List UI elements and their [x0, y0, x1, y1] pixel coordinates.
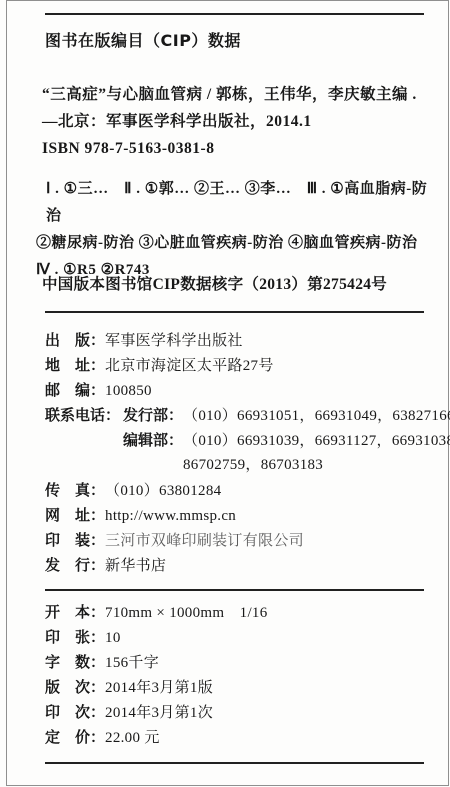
- field-label: 印 次：: [45, 700, 105, 725]
- field-label: 地 址：: [45, 353, 105, 378]
- field-value: 2014年3月第1版: [105, 676, 213, 701]
- field-value: 军事医学科学出版社: [105, 329, 243, 354]
- imprint-line: —北京：军事医学科学出版社，2014.1: [42, 108, 430, 135]
- field-value: 北京市海淀区太平路27号: [105, 354, 274, 379]
- field-value: 10: [105, 626, 121, 651]
- field-label: 传 真：: [45, 478, 105, 503]
- cip-registration-number: 中国版本图书馆CIP数据核字（2013）第275424号: [42, 276, 387, 294]
- divider-bottom: [45, 762, 424, 764]
- phone-row-distribution: 联系电话： 发行部： （010）66931051，66931049，638271…: [45, 403, 434, 428]
- field-value: http://www.mmsp.cn: [105, 504, 236, 529]
- phone-row-continuation: 86702759，86703183: [45, 453, 434, 478]
- field-value: 710mm × 1000mm 1/16: [105, 601, 268, 626]
- field-value: （010）66931051，66931049，63827166: [183, 404, 450, 429]
- publisher-info-block: 出 版： 军事医学科学出版社 地 址： 北京市海淀区太平路27号 邮 编： 10…: [45, 328, 434, 578]
- field-label: 印 装：: [45, 528, 105, 553]
- field-label: 邮 编：: [45, 378, 105, 403]
- field-sublabel: 编辑部：: [123, 428, 183, 453]
- field-label: 字 数：: [45, 650, 105, 675]
- field-label: 发 行：: [45, 553, 105, 578]
- divider-middle-1: [45, 311, 424, 313]
- field-label: 版 次：: [45, 675, 105, 700]
- publisher-row: 出 版： 军事医学科学出版社: [45, 328, 434, 353]
- cip-copyright-page: 图书在版编目（CIP）数据 “三高症”与心脑血管病 / 郭栋，王伟华，李庆敏主编…: [0, 0, 450, 787]
- sheets-row: 印 张： 10: [45, 625, 434, 650]
- classification-line-2: ②糖尿病-防治 ③心脏血管疾病-防治 ④脑血管疾病-防治: [36, 230, 434, 257]
- field-label: 出 版：: [45, 328, 105, 353]
- field-label: 开 本：: [45, 600, 105, 625]
- divider-top: [45, 13, 424, 15]
- address-row: 地 址： 北京市海淀区太平路27号: [45, 353, 434, 378]
- price-row: 定 价： 22.00 元: [45, 725, 434, 750]
- cip-header: 图书在版编目（CIP）数据: [45, 32, 241, 50]
- website-row: 网 址： http://www.mmsp.cn: [45, 503, 434, 528]
- book-title-line: “三高症”与心脑血管病 / 郭栋，王伟华，李庆敏主编 .: [42, 81, 430, 108]
- field-label: 印 张：: [45, 625, 105, 650]
- divider-middle-2: [45, 589, 424, 591]
- edition-row: 版 次： 2014年3月第1版: [45, 675, 434, 700]
- impression-row: 印 次： 2014年3月第1次: [45, 700, 434, 725]
- postcode-row: 邮 编： 100850: [45, 378, 434, 403]
- printer-row: 印 装： 三河市双峰印刷装订有限公司: [45, 528, 434, 553]
- distributor-row: 发 行： 新华书店: [45, 553, 434, 578]
- field-value: 2014年3月第1次: [105, 701, 213, 726]
- fax-row: 传 真： （010）63801284: [45, 478, 434, 503]
- field-label: 联系电话：: [45, 403, 123, 428]
- title-block: “三高症”与心脑血管病 / 郭栋，王伟华，李庆敏主编 . —北京：军事医学科学出…: [42, 81, 430, 162]
- field-value: （010）66931039，66931127，66931038: [183, 429, 450, 454]
- field-label: 网 址：: [45, 503, 105, 528]
- field-value: 86702759，86703183: [183, 453, 323, 478]
- field-value: 三河市双峰印刷装订有限公司: [105, 529, 304, 554]
- field-value: 100850: [105, 379, 152, 404]
- isbn-line: ISBN 978-7-5163-0381-8: [42, 135, 430, 162]
- phone-row-editorial: 编辑部： （010）66931039，66931127，66931038: [45, 428, 434, 453]
- format-row: 开 本： 710mm × 1000mm 1/16: [45, 600, 434, 625]
- field-value: 156千字: [105, 651, 159, 676]
- classification-line-1: Ⅰ . ①三… Ⅱ . ①郭… ②王… ③李… Ⅲ . ①高血脂病-防治: [36, 176, 434, 230]
- field-sublabel: 发行部：: [123, 403, 183, 428]
- field-value: （010）63801284: [105, 479, 221, 504]
- field-value: 新华书店: [105, 554, 166, 579]
- wordcount-row: 字 数： 156千字: [45, 650, 434, 675]
- field-label: 定 价：: [45, 725, 105, 750]
- field-value: 22.00 元: [105, 726, 160, 751]
- classification-block: Ⅰ . ①三… Ⅱ . ①郭… ②王… ③李… Ⅲ . ①高血脂病-防治 ②糖尿…: [36, 176, 434, 284]
- printing-info-block: 开 本： 710mm × 1000mm 1/16 印 张： 10 字 数： 15…: [45, 600, 434, 750]
